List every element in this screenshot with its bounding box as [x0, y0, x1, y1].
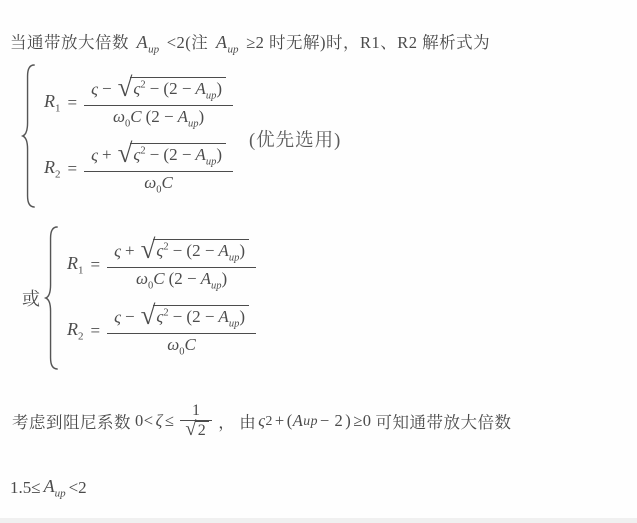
sub-up: up [188, 118, 199, 129]
lhs-r1: R1 [67, 253, 84, 277]
paren-close: ) [216, 145, 222, 164]
bottom-text-1: 考虑到阻尼系数 [12, 409, 131, 433]
denominator: ω0C(2 −Aup) [106, 106, 211, 130]
radicand: ς2− (2 −Aup) [153, 305, 249, 329]
radical-icon: √ [118, 74, 133, 101]
operator-sign: − [125, 307, 135, 326]
var-omega: ω [113, 107, 125, 126]
sub-2: 2 [55, 169, 61, 181]
paren-close: ) [221, 269, 227, 288]
ge-zero: ≥0 [353, 411, 371, 431]
equals-sign: = [68, 159, 78, 179]
numerator: ς+√ς2− (2 −Aup) [84, 142, 233, 171]
radical-icon: √ [141, 302, 156, 329]
var-A: A [178, 107, 188, 126]
intro-text-2: <2(注 [167, 33, 209, 52]
sub-up: up [229, 252, 240, 263]
radicand: 2 [195, 421, 210, 440]
var-zeta: ς [91, 79, 98, 98]
radicand-middle: − (2 − [150, 145, 192, 164]
var-A: A [137, 32, 149, 52]
paren-close: ) [345, 411, 351, 431]
factor-open: (2 − [146, 107, 174, 126]
var-A: A [195, 145, 205, 164]
radicand: ς2− (2 −Aup) [130, 143, 226, 167]
equals-sign: = [91, 255, 101, 275]
var-A: A [44, 476, 55, 496]
denominator: ω0C [160, 334, 203, 358]
var-R: R [67, 319, 78, 339]
sub-up: up [206, 156, 217, 167]
square-root: √ς2− (2 −Aup) [141, 305, 249, 332]
var-zeta: ς [258, 411, 265, 431]
var-A: A [218, 307, 228, 326]
var-aup: Aup [137, 32, 160, 52]
radical-icon: √ [141, 236, 156, 263]
lhs-r2: R2 [67, 319, 84, 343]
fraction-one-over-sqrt2: 1 √2 [180, 402, 212, 441]
sub-2: 2 [78, 331, 84, 343]
var-A: A [216, 32, 228, 52]
var-zeta: ς [114, 241, 121, 260]
equals-sign: = [91, 321, 101, 341]
sup-2: 2 [140, 145, 145, 156]
var-aup: Aup [216, 32, 239, 52]
var-zeta: ζ [156, 411, 163, 431]
radicand-middle: − (2 − [150, 79, 192, 98]
denominator: √2 [180, 421, 212, 441]
var-R: R [44, 157, 55, 177]
var-omega: ω [144, 173, 156, 192]
radicand-middle: − (2 − [173, 241, 215, 260]
intro-text-1: 当通带放大倍数 [10, 33, 129, 52]
fraction: ς−√ς2− (2 −Aup) ω0C [107, 304, 256, 358]
sup-2: 2 [163, 241, 168, 252]
sup-2: 2 [163, 307, 168, 318]
var-C: C [130, 107, 141, 126]
var-aup: Aup [44, 476, 66, 500]
radical-icon: √ [118, 140, 133, 167]
conclusion-tail: <2 [69, 478, 87, 498]
operator-sign: + [102, 145, 112, 164]
g1-equation-r2: R2 = ς+√ς2− (2 −Aup) ω0C [44, 142, 233, 196]
var-omega: ω [136, 269, 148, 288]
left-brace-icon [43, 224, 60, 372]
var-omega: ω [167, 335, 179, 354]
paren-close: ) [198, 107, 204, 126]
sub-up: up [229, 318, 240, 329]
bottom-text-3: 可知通带放大倍数 [376, 409, 512, 433]
sub-up: up [303, 413, 318, 429]
radicand: ς2− (2 −Aup) [130, 77, 226, 101]
var-A: A [195, 79, 205, 98]
sub-up: up [148, 43, 159, 55]
var-R: R [67, 253, 78, 273]
conclusion-line: 1.5≤ Aup <2 [10, 476, 87, 500]
damping-paragraph: 考虑到阻尼系数 0< ζ ≤ 1 √2 ， 由 ς2 + (Aup − 2) ≥… [10, 394, 514, 448]
equals-sign: = [68, 93, 78, 113]
sub-up: up [55, 488, 66, 500]
numerator: ς−√ς2− (2 −Aup) [84, 76, 233, 105]
numerator: ς+√ς2− (2 −Aup) [107, 238, 256, 267]
le-sign: ≤ [165, 411, 175, 431]
square-root: √2 [185, 421, 209, 441]
var-A: A [201, 269, 211, 288]
scan-edge-artifact [0, 518, 637, 523]
radicand-middle: − (2 − [173, 307, 215, 326]
document-page: 当通带放大倍数 Aup <2(注 Aup ≥2 时无解)时，R1、R2 解析式为… [0, 0, 637, 523]
g2-equation-r1: R1 = ς+√ς2− (2 −Aup) ω0C(2 −Aup) [67, 238, 256, 292]
equation-column: R1 = ς−√ς2− (2 −Aup) ω0C(2 −Aup) R2 = [44, 76, 233, 197]
sub-1: 1 [55, 103, 61, 115]
paren-close: ) [216, 79, 222, 98]
comma: ， [218, 409, 235, 433]
bottom-text-2: 由 [239, 409, 256, 433]
numerator: ς−√ς2− (2 −Aup) [107, 304, 256, 333]
radicand: ς2− (2 −Aup) [153, 239, 249, 263]
left-brace-icon [20, 62, 37, 210]
g2-equation-r2: R2 = ς−√ς2− (2 −Aup) ω0C [67, 304, 256, 358]
sub-up: up [206, 90, 217, 101]
fraction: ς+√ς2− (2 −Aup) ω0C [84, 142, 233, 196]
equation-group-alternative: 或 R1 = ς+√ς2− (2 −Aup) ω0C(2 −Aup) [22, 224, 256, 372]
fraction: ς−√ς2− (2 −Aup) ω0C(2 −Aup) [84, 76, 233, 130]
plus-sign: + [275, 411, 285, 431]
paren-close: ) [239, 307, 245, 326]
square-root: √ς2− (2 −Aup) [118, 143, 226, 170]
square-root: √ς2− (2 −Aup) [118, 77, 226, 104]
var-A: A [293, 411, 304, 431]
conclusion-lead: 1.5≤ [10, 478, 41, 498]
intro-line: 当通带放大倍数 Aup <2(注 Aup ≥2 时无解)时，R1、R2 解析式为 [10, 29, 490, 56]
lhs-r1: R1 [44, 91, 61, 115]
square-root: √ς2− (2 −Aup) [141, 239, 249, 266]
var-C: C [153, 269, 164, 288]
fraction: ς+√ς2− (2 −Aup) ω0C(2 −Aup) [107, 238, 256, 292]
factor-open: (2 − [169, 269, 197, 288]
paren-close: ) [239, 241, 245, 260]
var-C: C [162, 173, 173, 192]
lhs-r2: R2 [44, 157, 61, 181]
operator-sign: − [102, 79, 112, 98]
or-label: 或 [22, 285, 40, 311]
sub-up: up [227, 43, 238, 55]
var-zeta: ς [114, 307, 121, 326]
var-R: R [44, 91, 55, 111]
sub-1: 1 [78, 265, 84, 277]
sub-up: up [211, 280, 222, 291]
radical-icon: √ [185, 419, 196, 439]
intro-text-3: ≥2 时无解)时，R1、R2 解析式为 [246, 33, 490, 52]
var-zeta: ς [91, 145, 98, 164]
sup-2: 2 [140, 79, 145, 90]
g1-equation-r1: R1 = ς−√ς2− (2 −Aup) ω0C(2 −Aup) [44, 76, 233, 130]
ineq-0lt: 0< [135, 411, 154, 431]
equation-column: R1 = ς+√ς2− (2 −Aup) ω0C(2 −Aup) R2 = [67, 238, 256, 359]
var-A: A [218, 241, 228, 260]
minus-two: − 2 [320, 411, 343, 431]
sup-2: 2 [266, 413, 273, 429]
var-C: C [185, 335, 196, 354]
equation-group-primary: R1 = ς−√ς2− (2 −Aup) ω0C(2 −Aup) R2 = [20, 62, 233, 210]
preferred-note: (优先选用) [249, 126, 341, 152]
operator-sign: + [125, 241, 135, 260]
denominator: ω0C(2 −Aup) [129, 268, 234, 292]
denominator: ω0C [137, 172, 180, 196]
